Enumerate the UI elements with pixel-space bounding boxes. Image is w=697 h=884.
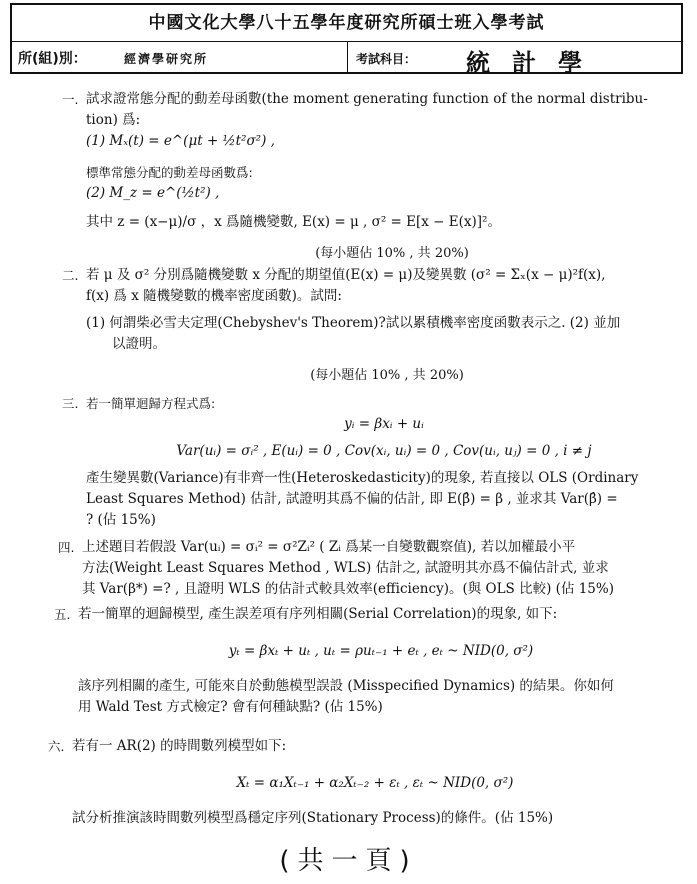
formula: (1) Mₓ(t) = e^(μt + ½t²σ²) , xyxy=(86,131,662,152)
question-text: 產生變異數(Variance)有非齊一性(Heteroskedasticity)… xyxy=(86,468,682,489)
exam-title: 中國文化大學八十五學年度研究所碩士班入學考試 xyxy=(12,5,681,42)
question-text: ? (佔 15%) xyxy=(86,510,682,531)
question-text: 用 Wald Test 方式檢定? 會有何種缺點? (佔 15%) xyxy=(78,697,684,718)
question-text: 方法(Weight Least Squares Method , WLS) 估計… xyxy=(82,558,683,579)
question-number: 三. xyxy=(62,393,78,414)
formula: 其中 z = (x−μ)/σ ，x 爲隨機變數, E(x) = μ , σ² =… xyxy=(86,212,662,233)
formula: yᵢ = βxᵢ + uᵢ xyxy=(86,414,682,435)
question-4: 四. 上述題目若假設 Var(uᵢ) = σᵢ² = σ²Zᵢ² ( Zᵢ 爲某… xyxy=(58,537,683,600)
question-6: 六. 若有一 AR(2) 的時間數列模型如下: Xₜ = α₁Xₜ₋₁ + α₂… xyxy=(48,736,678,829)
question-5: 五. 若一簡單的迴歸模型, 產生誤差項有序列相關(Serial Correlat… xyxy=(54,604,684,718)
score-note: (每小題佔 10% , 共 20%) xyxy=(122,243,662,264)
question-text: 上述題目若假設 Var(uᵢ) = σᵢ² = σ²Zᵢ² ( Zᵢ 爲某一自變… xyxy=(82,537,683,558)
question-number: 一. xyxy=(62,89,78,110)
question-number: 五. xyxy=(54,604,70,625)
subject-cell: 考試科目： 統計學 xyxy=(348,42,681,74)
question-text: 以證明。 xyxy=(112,334,682,355)
question-text: (1) 何謂柴必雪夫定理(Chebyshev's Theorem)?試以累積機率… xyxy=(86,313,682,334)
question-text: 若一簡單的迴歸模型, 產生誤差項有序列相關(Serial Correlation… xyxy=(78,604,684,625)
page-count-footer: (共一頁) xyxy=(0,840,697,877)
question-text: 試分析推演該時間數列模型爲穩定序列(Stationary Process)的條件… xyxy=(72,808,678,829)
question-1: 一. 試求證常態分配的動差母函數(the moment generating f… xyxy=(62,89,662,264)
formula: (2) M_z = e^(½t²) , xyxy=(86,183,662,204)
question-number: 二. xyxy=(62,265,78,286)
score-note: (每小題佔 10% , 共 20%) xyxy=(92,365,682,386)
question-text: 其 Var(β*) =? , 且證明 WLS 的估計式較具效率(efficien… xyxy=(82,579,683,600)
formula: yₜ = βxₜ + uₜ , uₜ = ρuₜ₋₁ + eₜ , eₜ ~ N… xyxy=(78,641,684,662)
formula: Var(uᵢ) = σᵢ² , E(uᵢ) = 0 , Cov(xᵢ, uᵢ) … xyxy=(86,441,682,462)
exam-header: 中國文化大學八十五學年度研究所碩士班入學考試 所(組)別： 經濟學研究所 考試科… xyxy=(10,3,683,74)
question-text: 若 μ 及 σ² 分別爲隨機變數 x 分配的期望值(E(x) = μ)及變異數 … xyxy=(86,265,682,286)
department-value: 經濟學研究所 xyxy=(124,50,208,67)
question-text: tion) 爲: xyxy=(86,110,662,131)
question-text: 該序列相關的產生, 可能來自於動態模型誤設 (Misspecified Dyna… xyxy=(78,676,684,697)
department-label: 所(組)別： xyxy=(18,48,87,68)
department-cell: 所(組)別： 經濟學研究所 xyxy=(12,42,348,74)
question-3: 三. 若一簡單迴歸方程式爲: yᵢ = βxᵢ + uᵢ Var(uᵢ) = σ… xyxy=(62,393,682,531)
question-text: 標準常態分配的動差母函數爲: xyxy=(86,162,662,183)
question-text: 若有一 AR(2) 的時間數列模型如下: xyxy=(72,736,678,757)
question-number: 四. xyxy=(58,537,74,558)
question-2: 二. 若 μ 及 σ² 分別爲隨機變數 x 分配的期望值(E(x) = μ)及變… xyxy=(62,265,682,386)
question-text: f(x) 爲 x 隨機變數的機率密度函數)。試問: xyxy=(86,286,682,307)
question-text: 若一簡單迴歸方程式爲: xyxy=(86,393,682,414)
question-text: 試求證常態分配的動差母函數(the moment generating func… xyxy=(86,89,662,110)
question-number: 六. xyxy=(48,736,64,757)
question-text: Least Squares Method) 估計, 試證明其爲不偏的估計, 即 … xyxy=(86,489,682,510)
formula: Xₜ = α₁Xₜ₋₁ + α₂Xₜ₋₂ + εₜ , εₜ ~ NID(0, … xyxy=(72,773,678,794)
subject-value: 統計學 xyxy=(466,43,604,78)
subject-label: 考試科目： xyxy=(356,50,416,67)
